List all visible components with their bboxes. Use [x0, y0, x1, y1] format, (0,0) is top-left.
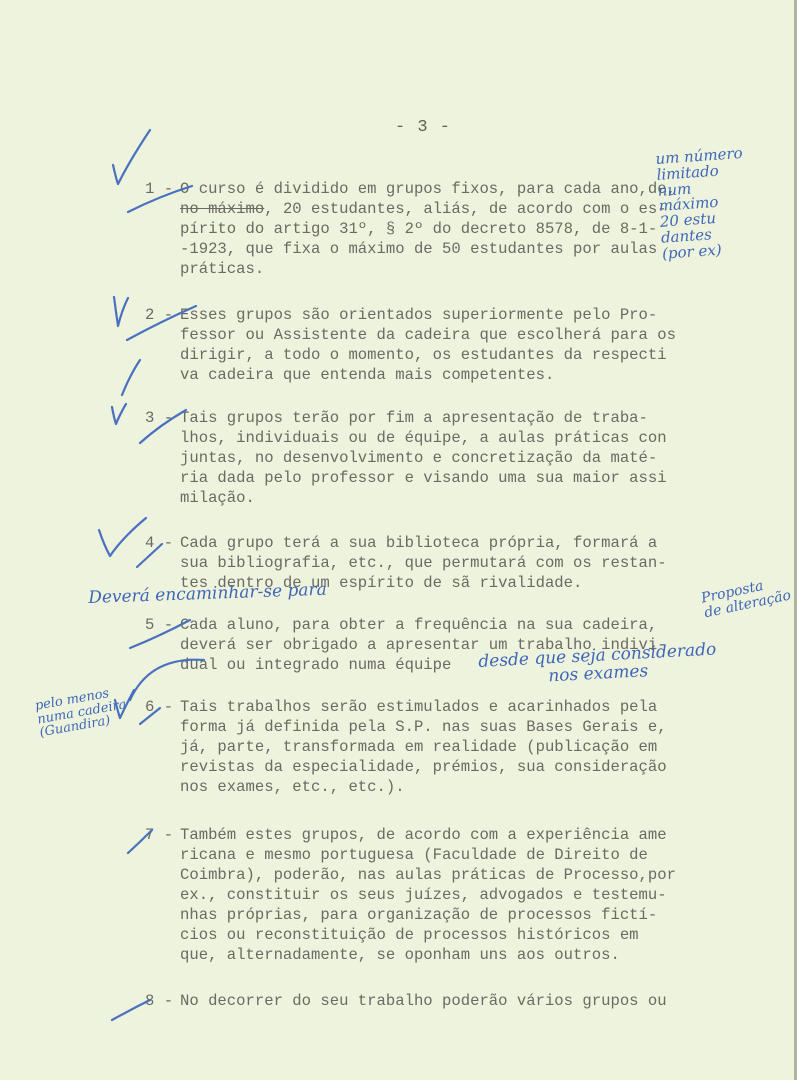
- item-text: Também estes grupos, de acordo com a exp…: [180, 825, 720, 965]
- item-3: 3 - Tais grupos terão por fim a apresent…: [145, 408, 720, 508]
- checkmark-icon: [99, 518, 146, 556]
- item-text: O curso é dividido em grupos fixos, para…: [180, 179, 720, 279]
- item-text: Tais grupos terão por fim a apresentação…: [180, 408, 720, 508]
- item-7: 7 - Também estes grupos, de acordo com a…: [145, 825, 720, 965]
- item-2: 2 - Esses grupos são orientados superior…: [145, 305, 720, 385]
- item-number: 2 -: [145, 305, 173, 325]
- item-number: 7 -: [145, 825, 173, 845]
- item-text: Tais trabalhos serão estimulados e acari…: [180, 697, 720, 797]
- item-number: 4 -: [145, 533, 173, 553]
- item-8: 8 - No decorrer do seu trabalho poderão …: [145, 991, 720, 1011]
- checkmark-icon: [113, 130, 150, 184]
- struck-text: no máximo: [180, 200, 264, 218]
- item-1-text: O curso é dividido em grupos fixos, para…: [145, 179, 720, 279]
- item-number: 8 -: [145, 991, 173, 1011]
- handwritten-note-left-item6: pelo menos numa cadeira (Guandira): [34, 684, 130, 740]
- item-number: 5 -: [145, 615, 173, 635]
- slash-mark-icon: [122, 360, 140, 395]
- item-text: Esses grupos são orientados superiorment…: [180, 305, 720, 385]
- handwritten-note-right-item1: um número limitado num máximo 20 estu da…: [655, 146, 750, 262]
- item-6: 6 - Tais trabalhos serão estimulados e a…: [145, 697, 720, 797]
- item-number: 6 -: [145, 697, 173, 717]
- item-text: No decorrer do seu trabalho poderão vári…: [180, 991, 720, 1011]
- handwritten-note-above-item5: Deverá encaminhar-se para: [88, 582, 327, 608]
- item-number: 3 -: [145, 408, 173, 428]
- checkmark-icon: [112, 404, 126, 424]
- page-number: - 3 -: [395, 118, 451, 137]
- checkmark-icon: [114, 297, 128, 326]
